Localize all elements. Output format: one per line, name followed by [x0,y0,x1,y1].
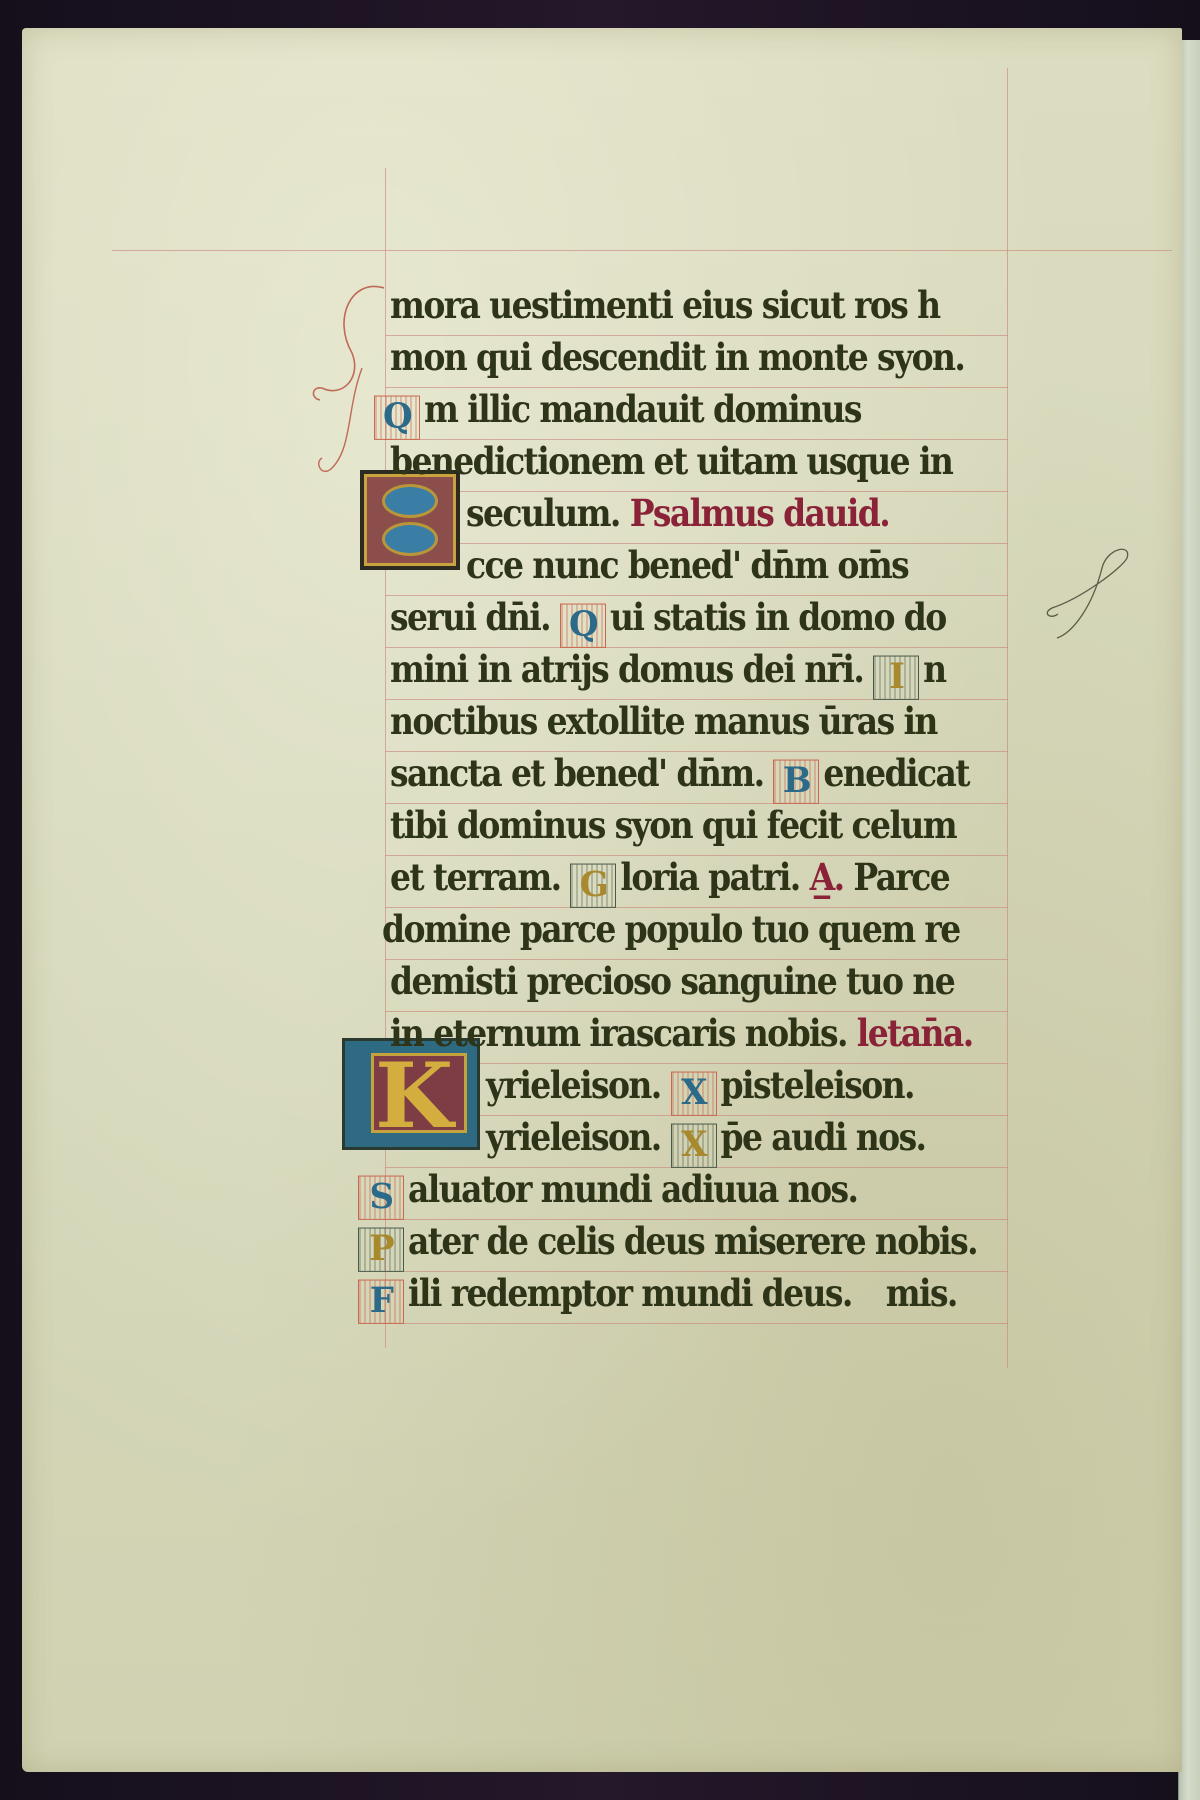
line-text: mon qui descendit in monte syon. [390,335,964,379]
text-line-9: noctibus extollite manus ūras in [390,693,1030,751]
line-text: pisteleison. [721,1063,914,1107]
text-line-7: serui dn̄i. Qui statis in domo do [390,589,1030,647]
line-text: benedictionem et uitam usque in [390,439,952,483]
line-text: n [923,647,945,691]
text-line-6: cce nunc bened' dn̄m om̄s [466,537,1106,595]
line-text: noctibus extollite manus ūras in [390,699,937,743]
line-text: demisti precioso sanguine tuo ne [390,959,954,1003]
line-text: loria patri. [620,855,799,899]
text-line-3: Qm illic mandauit dominus [374,381,1014,439]
text-line-4: benedictionem et uitam usque in [390,433,1030,491]
text-line-12: et terram. Gloria patri. A̲. Parce [390,849,1030,907]
text-line-16: yrieleison. Xpisteleison. [486,1057,1126,1115]
line-text: Parce [853,855,949,899]
text-line-14: demisti precioso sanguine tuo ne [390,953,1030,1011]
line-text: tibi dominus syon qui fecit celum [390,803,956,847]
line-text: ili redemptor mundi deus. [408,1271,852,1315]
rubric-letania: letan̄a. [857,1011,973,1055]
penwork-initial-F: F [358,1280,404,1324]
rubric-psalmus: Psalmus dauid. [630,491,889,535]
text-line-10: sancta et bened' dn̄m. Benedicat [390,745,1030,803]
text-line-1: mora uestimenti eius sicut ros h [390,277,1030,335]
line-text: in eternum irascaris nobis. [390,1011,847,1055]
line-text: domine parce populo tuo quem re [382,907,960,951]
line-text: enedicat [823,751,969,795]
text-line-17: yrieleison. Xp̄e audi nos. [486,1109,1126,1167]
line-text: seculum. [466,491,620,535]
line-text: mora uestimenti eius sicut ros h [390,283,940,327]
line-text: mini in atrijs domus dei nr̄i. [390,647,863,691]
rubric-antiphon: A̲. [810,855,844,899]
line-text: cce nunc bened' dn̄m om̄s [466,543,908,587]
text-line-2: mon qui descendit in monte syon. [390,329,1030,387]
text-line-8: mini in atrijs domus dei nr̄i. In [390,641,1030,699]
line-text: p̄e audi nos. [721,1115,926,1159]
line-text: yrieleison. [486,1115,661,1159]
line-text: ater de celis deus miserere nobis. [408,1219,977,1263]
text-line-15: in eternum irascaris nobis. letan̄a. [390,1005,1030,1063]
text-line-11: tibi dominus syon qui fecit celum [390,797,1030,855]
text-line-19: Pater de celis deus miserere nobis. [358,1213,998,1271]
text-line-18: Saluator mundi adiuua nos. [358,1161,998,1219]
catchword: mis. [886,1271,957,1315]
text-line-13: domine parce populo tuo quem re [382,901,1022,959]
line-text: ui statis in domo do [610,595,946,639]
text-line-20: Fili redemptor mundi deus. mis. [358,1265,998,1323]
manuscript-page: K mora uestimenti eius sicut ros h mon q… [22,28,1182,1772]
text-line-5: seculum. Psalmus dauid. [466,485,1106,543]
line-text: m illic mandauit dominus [424,387,861,431]
ruling-top [112,250,1172,251]
line-text: sancta et bened' dn̄m. [390,751,764,795]
ruling-line [385,1323,1008,1324]
line-text: serui dn̄i. [390,595,550,639]
line-text: aluator mundi adiuua nos. [408,1167,857,1211]
line-text: et terram. [390,855,561,899]
line-text: yrieleison. [486,1063,661,1107]
